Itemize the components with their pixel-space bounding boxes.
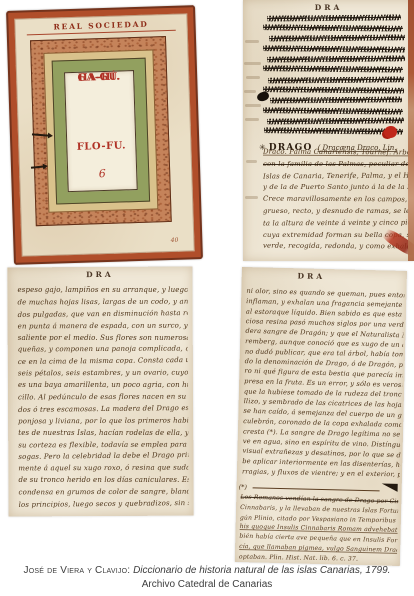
struck-out-line — [267, 14, 401, 21]
footnote-text-block: Los Romanos vendían la sangre de Drago p… — [239, 494, 399, 566]
caption-title: Diccionario de historia natural de las i… — [133, 565, 360, 576]
handwritten-line: y de la de Puerto Santo junto á la de la… — [263, 183, 409, 195]
cover-cream-field: REAL SOCIEDAD 6 FLO-FU.GA-GU.HA-HÍ. 40 — [14, 13, 194, 256]
struck-out-line — [263, 45, 405, 52]
handwritten-line: de su tronco herido en los días canicula… — [18, 476, 188, 488]
struck-out-line — [264, 127, 403, 134]
handwritten-line: mente á aquel su xugo roxo, ó resina que… — [18, 464, 188, 477]
handwritten-line: espeso gajo, lampiños en su arranque, y … — [17, 286, 187, 298]
cover-spine-label: 6 FLO-FU.GA-GU.HA-HÍ. — [64, 70, 138, 192]
caption-credit: Archivo Catedral de Canarias — [0, 578, 414, 592]
cover-mottled-frame: 6 FLO-FU.GA-GU.HA-HÍ. — [30, 36, 172, 226]
ink-wedge-mark — [382, 483, 398, 491]
page-header-dra: DRA — [243, 3, 414, 12]
handwritten-line: tes de nuestras Islas, hacían rodelas de… — [18, 429, 188, 441]
cover-tan-frame: 6 FLO-FU.GA-GU.HA-HÍ. — [43, 49, 158, 212]
handwritten-text-block: ni olor, sino es quando se queman, pues … — [242, 287, 405, 481]
figure-scan: REAL SOCIEDAD 6 FLO-FU.GA-GU.HA-HÍ. 40 D… — [0, 0, 414, 596]
struck-out-line — [263, 65, 403, 72]
handwritten-line: los principios, luego secos y quebradizo… — [19, 499, 189, 513]
red-wax-mark — [384, 126, 397, 138]
struck-out-line — [270, 96, 402, 103]
handwritten-line: ce en la cima de la misma copa. Consta c… — [18, 356, 188, 370]
caption-year: , 1799. — [360, 565, 391, 576]
handwritten-line: Crece maravillosamente en los campos, y … — [263, 195, 409, 208]
handwritten-line: seis pétalos, seis estambres, y un ovari… — [18, 369, 188, 382]
handwritten-line: de muchas hojas lisas, largas de un codo… — [18, 297, 188, 310]
caption-line-1: José de Viera y Clavijo:Diccionario de h… — [0, 564, 414, 578]
handwritten-line: con la familia de las Palmas, peculiar d… — [263, 160, 409, 172]
caption-author: José de Viera y Clavijo — [24, 565, 128, 576]
handwritten-line: dos pulgadas, que van en disminución has… — [18, 309, 188, 323]
handwritten-line: saliente por el medio. Sus flores son nu… — [18, 334, 188, 346]
footnote-rule — [253, 487, 380, 491]
struck-out-line — [263, 86, 404, 93]
handwritten-line: en punta á manera de espada, con un surc… — [18, 321, 188, 334]
handwritten-line: Draco. Palma Canariensis, Tournef. Árbol… — [263, 148, 409, 161]
handwritten-line: rragias, y fluxos de vientre; y en el ex… — [242, 468, 400, 481]
manuscript-page-top-right: DRA ✳DRAGO ( Dracæna Draco, Lin. Draco. … — [243, 0, 414, 261]
book-fore-edge — [408, 0, 414, 261]
footnote-asterisk-mark: (*) — [239, 483, 248, 491]
cover-label-line: HA-HÍ. — [65, 71, 133, 84]
cover-green-frame: 6 FLO-FU.GA-GU.HA-HÍ. — [52, 58, 150, 205]
handwritten-line: Islas de Canaria, Tenerife, Palma, y el … — [263, 171, 409, 184]
book-cover-photo: REAL SOCIEDAD 6 FLO-FU.GA-GU.HA-HÍ. 40 — [6, 5, 203, 265]
figure-caption: José de Viera y Clavijo:Diccionario de h… — [0, 564, 414, 592]
struck-out-line — [267, 117, 404, 124]
handwritten-line: dos ó tres escamosas. La madera del Drag… — [18, 404, 188, 418]
handwritten-line: verde, recogida, redonda, y como exhalad… — [263, 242, 409, 255]
handwritten-line: ponjosa y liviana, por lo que los primer… — [18, 416, 188, 429]
ink-blot-mark — [256, 91, 270, 102]
page-header-dra: DRA — [7, 270, 192, 280]
cover-volume-number: 6 — [68, 166, 136, 181]
cover-label-line: FLO-FU. — [67, 140, 135, 153]
struck-out-line — [263, 107, 403, 114]
struck-out-line — [267, 55, 405, 62]
struck-out-line — [268, 76, 404, 83]
handwritten-line: grueso, recto, y desnudo de ramas, se le… — [263, 207, 409, 219]
cover-corner-mark: 40 — [171, 237, 179, 244]
page-header-dra: DRA — [242, 270, 407, 283]
manuscript-page-bottom-right: DRA ni olor, sino es quando se queman, p… — [235, 267, 407, 566]
handwritten-line: es una baya amarillenta, un poco agria, … — [18, 381, 188, 393]
struck-out-line — [263, 24, 403, 31]
handwritten-text-block: espeso gajo, lampiños en su arranque, y … — [17, 286, 188, 513]
manuscript-page-bottom-left: DRA espeso gajo, lampiños en su arranque… — [7, 267, 193, 517]
struck-out-line — [269, 34, 405, 41]
